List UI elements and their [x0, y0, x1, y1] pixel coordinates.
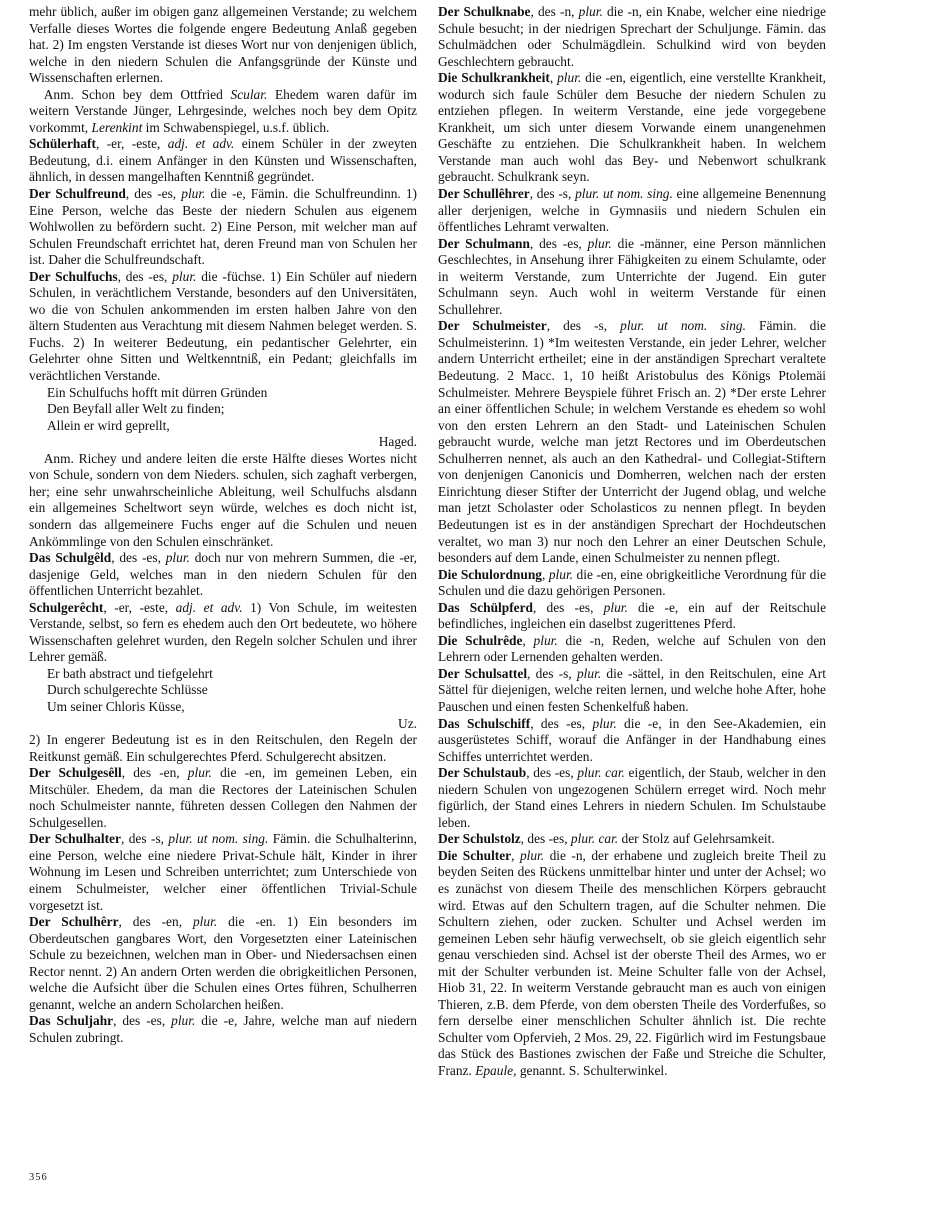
entry-schulherr: Der Schulhêrr, des -en, plur. die -en. 1…: [29, 914, 417, 1013]
headword: Schulgerêcht: [29, 600, 103, 615]
entry-schuljahr: Das Schuljahr, des -es, plur. die -e, Ja…: [29, 1013, 417, 1046]
verse-quote-uz: Er bath abstract und tiefgelehrt Durch s…: [29, 666, 417, 716]
entry-schulgerecht: Schulgerêcht, -er, -este, adj. et adv. 1…: [29, 600, 417, 666]
headword: Das Schulschiff: [438, 716, 530, 731]
annotation-richey: Anm. Richey und andere leiten die erste …: [29, 451, 417, 550]
headword: Das Schülpferd: [438, 600, 533, 615]
headword: Die Schulter: [438, 848, 511, 863]
headword: Der Schulmeister: [438, 318, 547, 333]
headword: Der Schullêhrer: [438, 186, 530, 201]
headword: Der Schulfuchs: [29, 269, 118, 284]
headword: Der Schulhêrr: [29, 914, 119, 929]
headword: Der Schulhalter: [29, 831, 121, 846]
continuation-paragraph: mehr üblich, außer im obigen ganz allgem…: [29, 4, 417, 87]
headword: Der Schulknabe: [438, 4, 530, 19]
entry-schulschiff: Das Schulschiff, des -es, plur. die -e, …: [438, 716, 826, 766]
entry-schulknabe: Der Schulknabe, des -n, plur. die -n, ei…: [438, 4, 826, 70]
verse-attribution: Uz.: [29, 716, 417, 733]
headword: Der Schulstolz: [438, 831, 521, 846]
headword: Der Schulfreund: [29, 186, 126, 201]
entry-schulter: Die Schulter, plur. die -n, der erhabene…: [438, 848, 826, 1080]
headword: Der Schulgesêll: [29, 765, 122, 780]
headword: Die Schulordnung: [438, 567, 542, 582]
verse-quote-hagedorn: Ein Schulfuchs hofft mit dürren Gründen …: [29, 385, 417, 435]
entry-schulsattel: Der Schulsattel, des -s, plur. die -sätt…: [438, 666, 826, 716]
entry-schulordnung: Die Schulordnung, plur. die -en, eine ob…: [438, 567, 826, 600]
entry-schulgeld: Das Schulgêld, des -es, plur. doch nur v…: [29, 550, 417, 600]
annotation-ottfried: Anm. Schon bey dem Ottfried Scular. Ehed…: [29, 87, 417, 137]
headword: Der Schulsattel: [438, 666, 527, 681]
entry-schulstaub: Der Schulstaub, des -es, plur. car. eige…: [438, 765, 826, 831]
entry-schulmann: Der Schulmann, des -es, plur. die -männe…: [438, 236, 826, 319]
entry-schuelerhaft: Schülerhaft, -er, -este, adj. et adv. ei…: [29, 136, 417, 186]
entry-schulfuchs: Der Schulfuchs, des -es, plur. die -füch…: [29, 269, 417, 385]
page-number: 356: [29, 1172, 48, 1183]
entry-schulstolz: Der Schulstolz, des -es, plur. car. der …: [438, 831, 826, 848]
headword: Die Schulrêde: [438, 633, 522, 648]
entry-schulmeister: Der Schulmeister, des -s, plur. ut nom. …: [438, 318, 826, 566]
entry-schulfreund: Der Schulfreund, des -es, plur. die -e, …: [29, 186, 417, 269]
right-column: Der Schulknabe, des -n, plur. die -n, ei…: [438, 4, 826, 1080]
entry-schulhalter: Der Schulhalter, des -s, plur. ut nom. s…: [29, 831, 417, 914]
left-column: mehr üblich, außer im obigen ganz allgem…: [29, 4, 417, 1046]
entry-schulgerecht-sense-2: 2) In engerer Bedeutung ist es in den Re…: [29, 732, 417, 765]
headword: Das Schulgêld: [29, 550, 111, 565]
entry-schulkrankheit: Die Schulkrankheit, plur. die -en, eigen…: [438, 70, 826, 186]
headword: Der Schulstaub: [438, 765, 526, 780]
headword: Die Schulkrankheit: [438, 70, 550, 85]
entry-schulrede: Die Schulrêde, plur. die -n, Reden, welc…: [438, 633, 826, 666]
entry-schullehrer: Der Schullêhrer, des -s, plur. ut nom. s…: [438, 186, 826, 236]
headword: Das Schuljahr: [29, 1013, 113, 1028]
verse-attribution: Haged.: [29, 434, 417, 451]
headword: Schülerhaft: [29, 136, 96, 151]
headword: Der Schulmann: [438, 236, 530, 251]
entry-schulgesell: Der Schulgesêll, des -en, plur. die -en,…: [29, 765, 417, 831]
entry-schulpferd: Das Schülpferd, des -es, plur. die -e, e…: [438, 600, 826, 633]
